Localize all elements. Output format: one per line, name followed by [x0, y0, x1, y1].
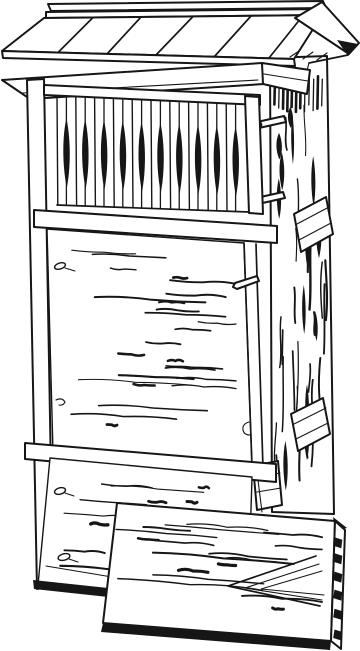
louver-spindle — [176, 124, 182, 194]
louver-slat-line — [226, 104, 227, 212]
wood-grain-stroke — [168, 360, 183, 361]
louver-spindle — [157, 123, 163, 193]
bark-stroke — [310, 244, 311, 310]
louver-spindle — [120, 121, 126, 191]
louver-slat-line — [95, 97, 96, 206]
wood-grain-stroke — [149, 501, 166, 503]
bark-stroke — [294, 287, 295, 323]
engraving-illustration: Black-and-white woodcut-style line illus… — [0, 0, 360, 651]
louver-slat-line — [207, 103, 208, 211]
board-face — [103, 503, 335, 641]
bark-tick — [317, 76, 318, 108]
louver-spindle — [82, 119, 88, 189]
upper-front-panel — [47, 229, 252, 466]
louver-slats — [57, 96, 239, 212]
louver-slat-line — [57, 96, 58, 205]
leaning-board: loose board leaning against the lower fr… — [101, 503, 347, 650]
side-post: bark-covered corner post with pegs and c… — [253, 56, 334, 514]
wood-grain-stroke — [273, 608, 284, 609]
page: { "meta": { "alt": "Black-and-white wood… — [0, 0, 360, 651]
louver-spindle — [101, 120, 107, 190]
illustration-canvas: bark-covered corner post with pegs and c… — [0, 0, 360, 651]
wood-grain-stroke — [187, 502, 197, 504]
louver-spindle — [232, 127, 238, 197]
louver-slat-line — [132, 99, 133, 208]
wood-grain-stroke — [173, 277, 187, 278]
louver-slat-line — [151, 100, 152, 208]
louver-right-stile — [245, 96, 263, 214]
louver-slat-line — [170, 101, 171, 209]
louver-spindle — [63, 118, 69, 188]
wood-grain-stroke — [199, 487, 209, 489]
wood-grain-stroke — [218, 564, 235, 566]
bark-stroke — [324, 284, 325, 354]
louver-panel: ventilation panel with ten turned spindl… — [44, 85, 263, 214]
bark-tick — [313, 79, 314, 111]
louver-bottom-edge — [57, 205, 249, 212]
louver-spindle — [214, 126, 220, 196]
wood-grain-stroke — [134, 384, 155, 385]
wood-grain-stroke — [107, 425, 117, 426]
louver-slat-line — [76, 97, 77, 206]
louver-spindle — [138, 122, 144, 192]
louver-slat-line — [189, 102, 190, 210]
bark-tick — [322, 79, 323, 106]
louver-slat-line — [113, 98, 114, 207]
roof: plank gable roof with ridge cap — [2, 1, 359, 99]
louver-spindle — [195, 125, 201, 195]
